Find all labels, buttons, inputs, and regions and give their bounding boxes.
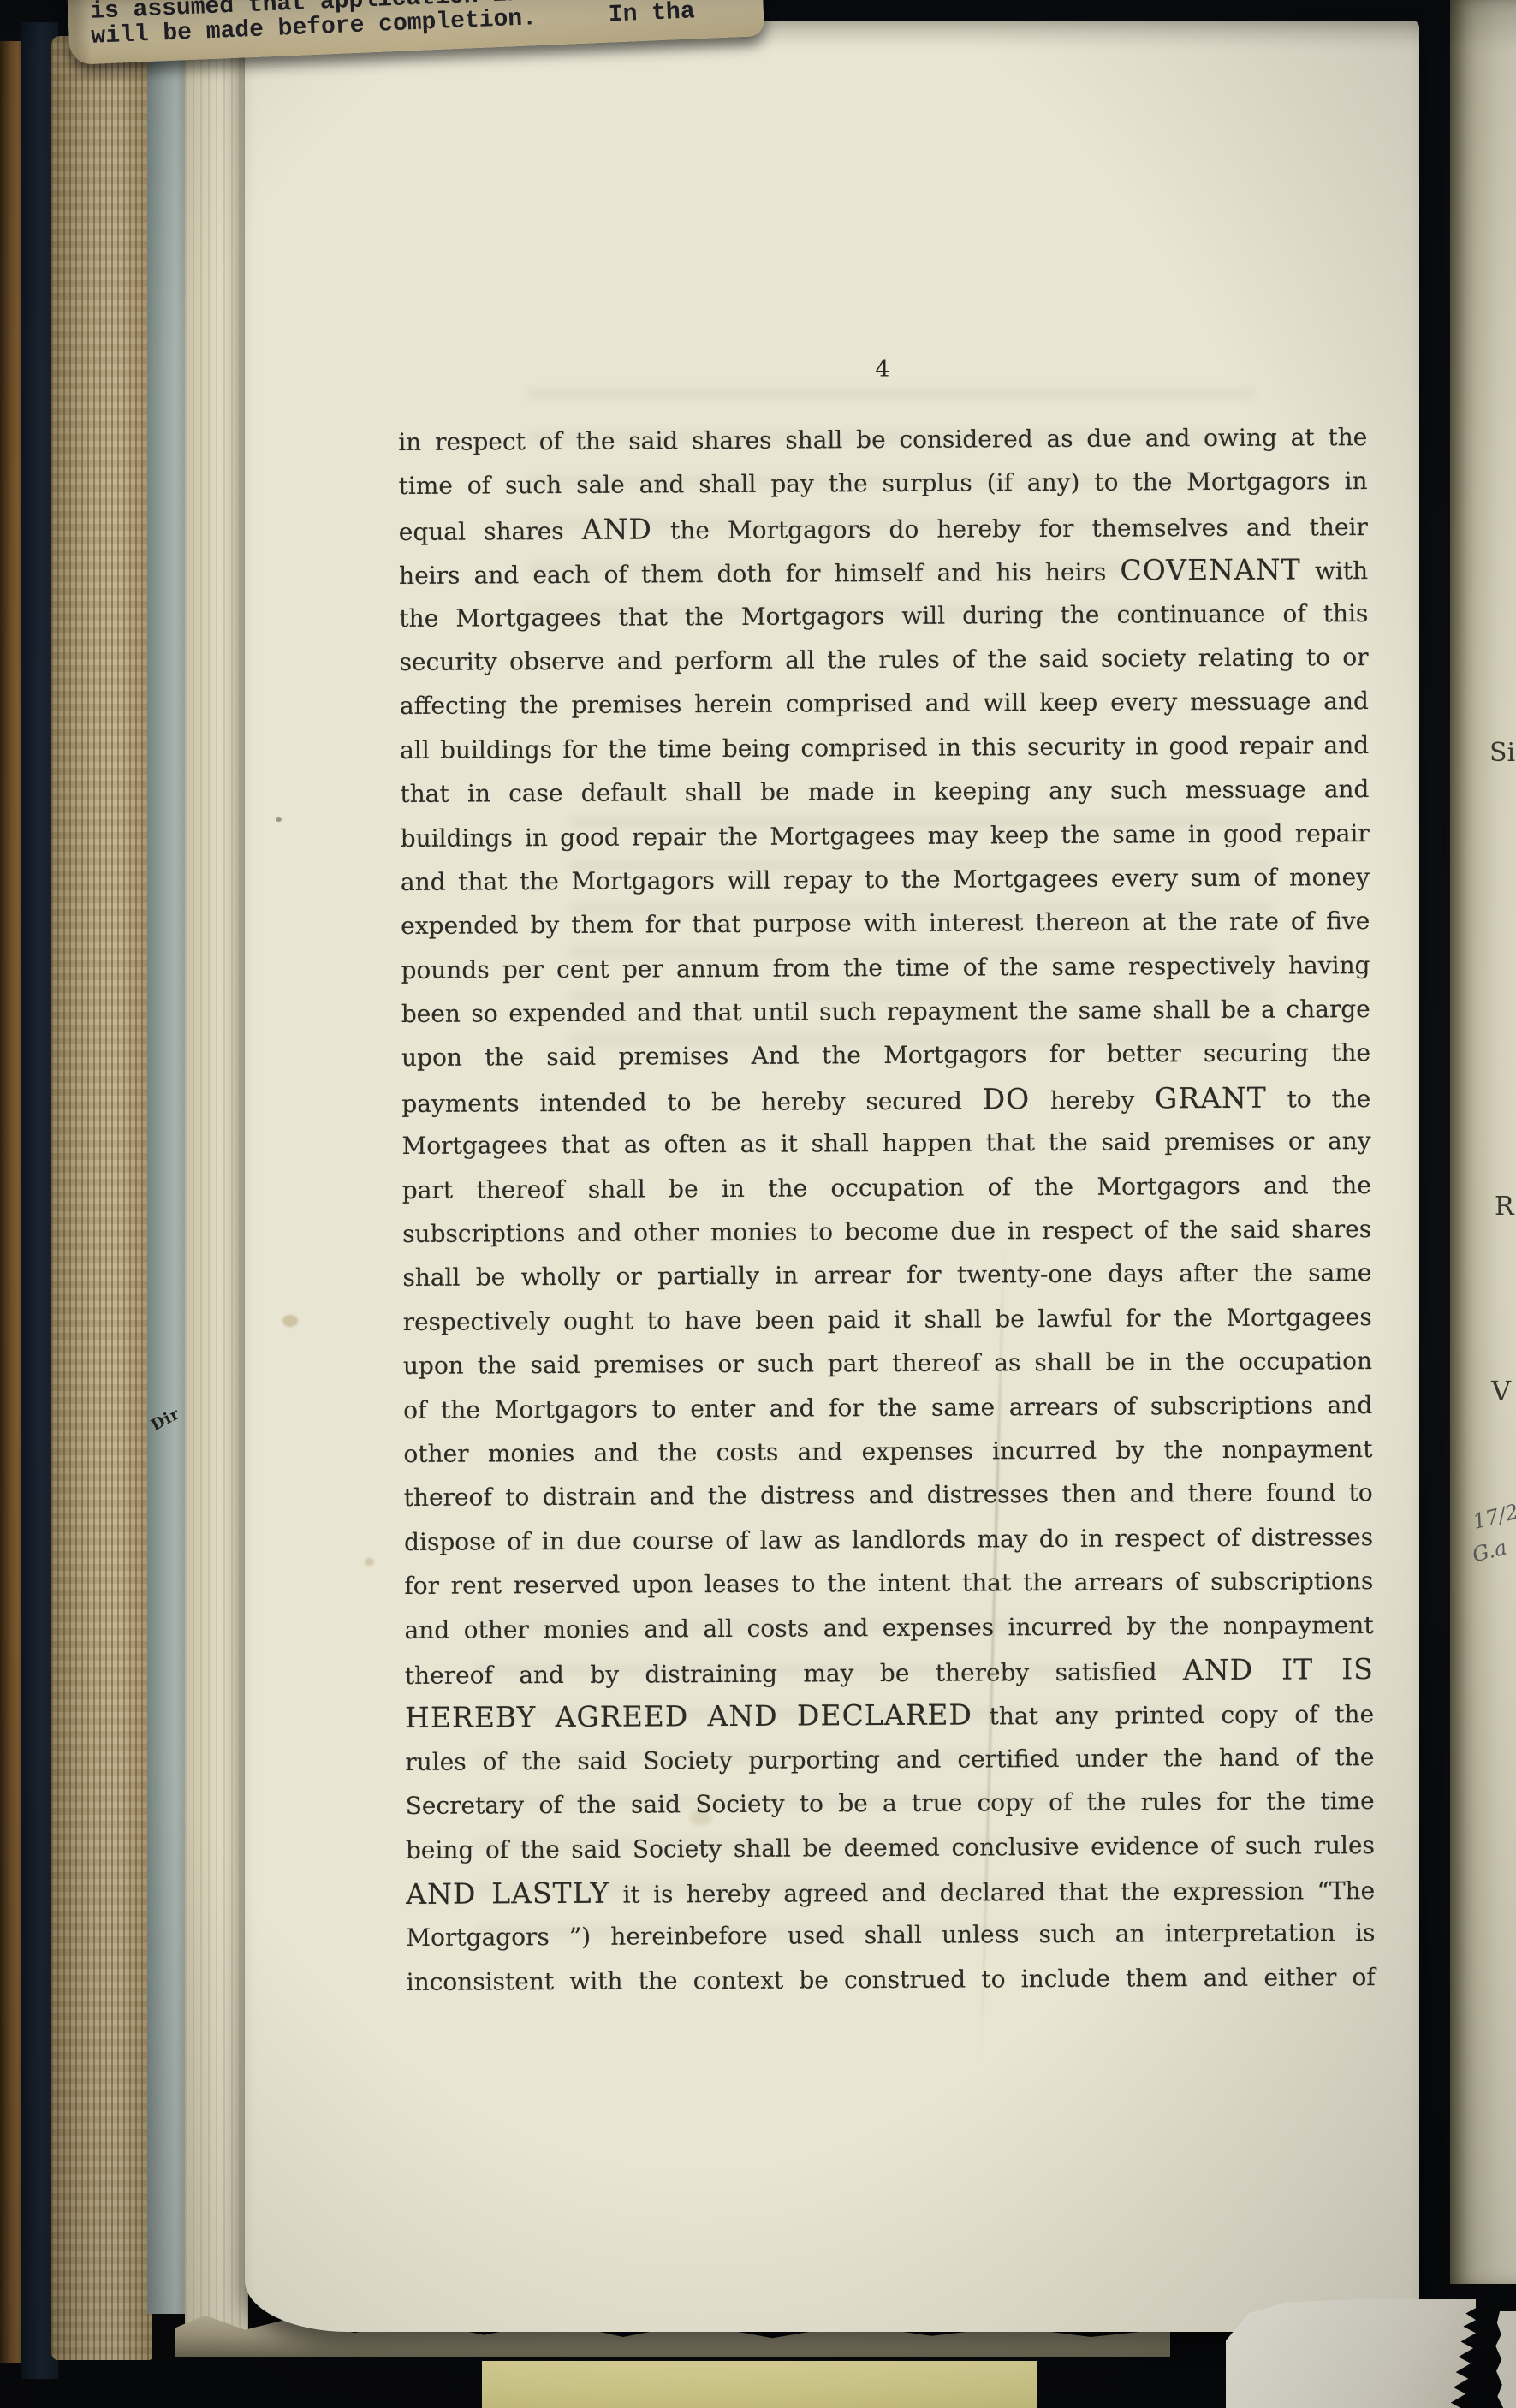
text-line: all buildings for the time being compris… — [400, 723, 1369, 772]
text-line: respectively ought to have been paid it … — [403, 1295, 1372, 1344]
perforated-paper — [1226, 2299, 1476, 2408]
text-line: time of such sale and shall pay the surp… — [398, 459, 1367, 508]
text-line: and that the Mortgagors will repay to th… — [401, 855, 1370, 904]
text-line: other monies and the costs and expenses … — [403, 1427, 1372, 1476]
text-line: Mortgagors ”) hereinbefore used shall un… — [406, 1911, 1375, 1959]
text-line: AND LASTLY it is hereby agreed and decla… — [406, 1867, 1375, 1916]
page-number: 4 — [844, 356, 921, 383]
book-photo: Dir Si R V 17/26 G.a 4 in respect of the… — [0, 0, 1516, 2408]
stain — [276, 817, 282, 822]
text-line: in respect of the said shares shall be c… — [398, 415, 1367, 464]
text-line: being of the said Society shall be deeme… — [406, 1823, 1375, 1872]
text-line: part thereof shall be in the occupation … — [402, 1163, 1371, 1212]
text-line: upon the said premises or such part ther… — [403, 1339, 1372, 1388]
stain — [282, 1315, 298, 1327]
text-line: dispose of in due course of law as landl… — [404, 1515, 1373, 1564]
text-line: and other monies and all costs and expen… — [404, 1603, 1373, 1652]
facing-page-fragment: V — [1491, 1375, 1511, 1407]
text-line: thereof and by distraining may be thereb… — [405, 1647, 1374, 1696]
text-line: of the Mortgagors to enter and for the s… — [403, 1383, 1372, 1432]
text-line: the Mortgagees that the Mortgagors will … — [399, 592, 1368, 640]
text-line: equal shares AND the Mortgagors do hereb… — [399, 503, 1368, 552]
text-line: upon the said premises And the Mortgagor… — [401, 1032, 1370, 1080]
text-line: shall be wholly or partially in arrear f… — [402, 1251, 1371, 1299]
text-line: subscriptions and other monies to become… — [402, 1207, 1371, 1256]
page-edge-cream — [185, 39, 248, 2352]
pencil-scribble: G.a — [1470, 1536, 1509, 1567]
text-line: buildings in good repair the Mortgagees … — [401, 812, 1370, 860]
text-line: security observe and perform all the rul… — [400, 635, 1369, 684]
text-line: that in case default shall be made in ke… — [400, 767, 1369, 816]
yellow-slip — [482, 2361, 1037, 2408]
text-line: inconsistent with the context be constru… — [407, 1955, 1376, 2004]
text-line: Mortgagees that as often as it shall hap… — [401, 1119, 1370, 1168]
facing-page: Si R V 17/26 G.a — [1450, 0, 1516, 2284]
text-line: for rent reserved upon leases to the int… — [404, 1559, 1373, 1608]
facing-page-fragment: R — [1495, 1192, 1514, 1222]
text-line: been so expended and that until such rep… — [401, 987, 1370, 1036]
stain — [365, 1558, 374, 1566]
main-page: 4 in respect of the said shares shall be… — [245, 21, 1419, 2332]
text-line: thereof to distrain and the distress and… — [404, 1471, 1373, 1519]
corner-paper-scrap — [1493, 2311, 1516, 2408]
facing-page-fragment: Si — [1489, 738, 1515, 768]
text-line: rules of the said Society purporting and… — [405, 1735, 1374, 1784]
text-line: HEREBY AGREED AND DECLARED that any prin… — [405, 1691, 1374, 1739]
pencil-scribble: 17/26 — [1471, 1496, 1516, 1534]
document-text: in respect of the said shares shall be c… — [398, 415, 1376, 2004]
text-line: heirs and each of them doth for himself … — [399, 547, 1368, 596]
text-line: pounds per cent per annum from the time … — [401, 943, 1370, 992]
text-line: Secretary of the said Society to be a tr… — [406, 1779, 1375, 1828]
page-edge-blue — [147, 50, 188, 2314]
text-line: payments intended to be hereby secured D… — [401, 1075, 1370, 1124]
page-edges-stack — [51, 36, 152, 2360]
text-line: expended by them for that purpose with i… — [401, 899, 1370, 948]
text-line: affecting the premises herein comprised … — [400, 679, 1369, 728]
